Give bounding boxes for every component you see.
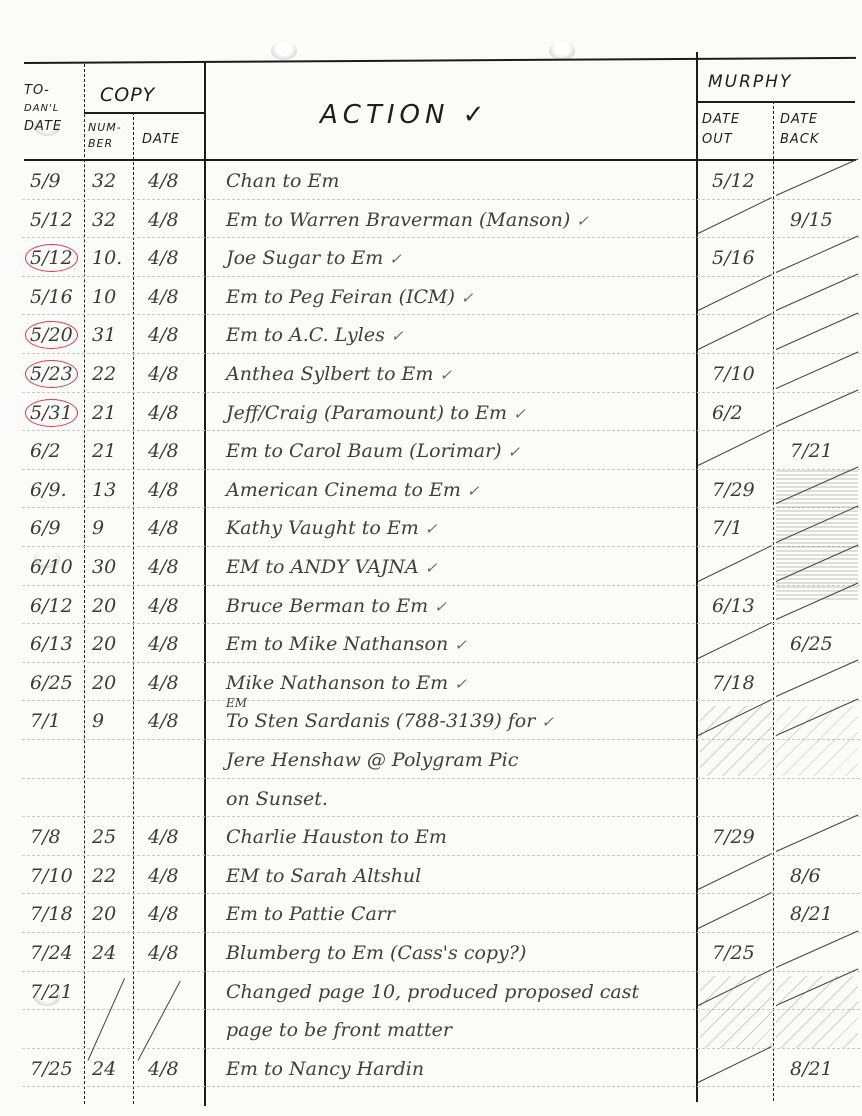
hatched-area bbox=[700, 706, 772, 776]
date-back: 6/25 bbox=[790, 633, 833, 655]
action-label: Joe Sugar to Em bbox=[226, 247, 383, 269]
copy-number: 20 bbox=[92, 903, 116, 925]
row-rule bbox=[22, 623, 860, 624]
to-date: 7/1 bbox=[30, 710, 61, 732]
header-top-border bbox=[24, 57, 856, 64]
to-date-value: 7/10 bbox=[30, 865, 73, 887]
action-text: Mike Nathanson to Em✓ bbox=[226, 672, 467, 694]
to-date: 5/23 bbox=[30, 363, 78, 385]
to-date-value: 5/12 bbox=[30, 209, 73, 231]
action-text: page to be front matter bbox=[226, 1019, 452, 1041]
row-rule bbox=[22, 276, 860, 277]
copy-number: 31 bbox=[92, 324, 116, 346]
action-label: Changed page 10, produced proposed cast bbox=[226, 981, 639, 1003]
copy-date: 4/8 bbox=[148, 517, 179, 539]
to-date: 5/16 bbox=[30, 286, 73, 308]
action-label: on Sunset. bbox=[226, 788, 328, 810]
to-date: 6/25 bbox=[30, 672, 73, 694]
check-mark-icon: ✓ bbox=[541, 713, 554, 731]
action-label: Blumberg to Em (Cass's copy?) bbox=[226, 942, 526, 964]
date-back: 8/21 bbox=[790, 903, 833, 925]
copy-number: 10. bbox=[92, 247, 122, 269]
copy-date: 4/8 bbox=[148, 903, 179, 925]
check-mark-icon: ✓ bbox=[391, 327, 404, 345]
action-text: EM to ANDY VAJNA✓ bbox=[226, 556, 437, 578]
copy-date: 4/8 bbox=[148, 633, 179, 655]
copy-date: 4/8 bbox=[148, 710, 179, 732]
copy-date: 4/8 bbox=[148, 595, 179, 617]
action-label: Bruce Berman to Em bbox=[226, 595, 428, 617]
to-date: 6/10 bbox=[30, 556, 73, 578]
action-text: Bruce Berman to Em✓ bbox=[226, 595, 447, 617]
action-text: Jeff/Craig (Paramount) to Em✓ bbox=[226, 402, 526, 424]
check-mark-icon: ✓ bbox=[576, 212, 589, 230]
row-rule bbox=[22, 314, 860, 315]
action-label: Em to A.C. Lyles bbox=[226, 324, 385, 346]
date-back: 8/6 bbox=[790, 865, 821, 887]
to-date-value: 7/8 bbox=[30, 826, 61, 848]
row-rule bbox=[22, 237, 860, 238]
to-date-value: 5/12 bbox=[25, 244, 78, 272]
to-date-value: 6/12 bbox=[30, 595, 73, 617]
header-label: DATE bbox=[780, 110, 819, 130]
to-date: 7/8 bbox=[30, 826, 61, 848]
date-out: 7/25 bbox=[712, 942, 755, 964]
copy-number: 24 bbox=[92, 942, 116, 964]
date-out: 5/12 bbox=[712, 170, 755, 192]
action-text: Jere Henshaw @ Polygram Pic bbox=[226, 749, 518, 771]
row-rule bbox=[22, 893, 860, 894]
to-date: 5/12 bbox=[30, 209, 73, 231]
copy-number: 13 bbox=[92, 479, 116, 501]
empty-slash bbox=[776, 660, 859, 698]
action-text: Em to Pattie Carr bbox=[226, 903, 395, 925]
empty-slash bbox=[698, 313, 772, 350]
copy-number: 32 bbox=[92, 209, 116, 231]
empty-slash bbox=[698, 622, 772, 659]
action-label: Em to Mike Nathanson bbox=[226, 633, 448, 655]
copy-date: 4/8 bbox=[148, 402, 179, 424]
to-date: 5/31 bbox=[30, 402, 78, 424]
to-date-value: 7/24 bbox=[30, 942, 73, 964]
empty-slash bbox=[776, 814, 859, 852]
action-text: Kathy Vaught to Em✓ bbox=[226, 517, 437, 539]
row-rule bbox=[22, 430, 860, 431]
date-back: 8/21 bbox=[790, 1058, 833, 1080]
check-mark-icon: ✓ bbox=[389, 250, 402, 268]
action-text: Joe Sugar to Em✓ bbox=[226, 247, 402, 269]
action-superscript: EM bbox=[226, 696, 247, 710]
empty-slash bbox=[776, 930, 859, 968]
smudged-area bbox=[776, 470, 858, 600]
action-label: page to be front matter bbox=[226, 1019, 452, 1041]
copy-number: 21 bbox=[92, 402, 116, 424]
copy-number: 25 bbox=[92, 826, 116, 848]
header-date-out: DATE OUT bbox=[702, 110, 740, 150]
row-rule bbox=[22, 778, 860, 779]
copy-date: 4/8 bbox=[148, 942, 179, 964]
to-date-value: 5/9 bbox=[30, 170, 61, 192]
date-out: 7/18 bbox=[712, 672, 755, 694]
copy-date: 4/8 bbox=[148, 247, 179, 269]
check-mark-icon: ✓ bbox=[439, 366, 452, 384]
action-text: Em to Carol Baum (Lorimar)✓ bbox=[226, 440, 520, 462]
row-rule bbox=[22, 1086, 860, 1087]
action-label: Mike Nathanson to Em bbox=[226, 672, 448, 694]
empty-slash bbox=[698, 429, 772, 466]
header-number: NUM- BER bbox=[88, 120, 122, 152]
check-mark-icon: ✓ bbox=[461, 289, 474, 307]
date-out: 6/2 bbox=[712, 402, 743, 424]
copy-number: 9 bbox=[92, 517, 104, 539]
to-date-value: 7/1 bbox=[30, 710, 61, 732]
copy-date: 4/8 bbox=[148, 865, 179, 887]
to-date-value: 6/25 bbox=[30, 672, 73, 694]
to-date: 6/2 bbox=[30, 440, 61, 462]
check-mark-icon: ✓ bbox=[508, 443, 521, 461]
copy-number: 24 bbox=[92, 1058, 116, 1080]
action-label: Em to Nancy Hardin bbox=[226, 1058, 424, 1080]
action-label: Em to Peg Feiran (ICM) bbox=[226, 286, 455, 308]
to-date: 6/12 bbox=[30, 595, 73, 617]
copy-number: 21 bbox=[92, 440, 116, 462]
to-date: 7/25 bbox=[30, 1058, 73, 1080]
copy-number: 20 bbox=[92, 633, 116, 655]
copy-number: 30 bbox=[92, 556, 116, 578]
to-date-value: 7/21 bbox=[30, 981, 73, 1003]
action-text: Blumberg to Em (Cass's copy?) bbox=[226, 942, 526, 964]
header-label: OUT bbox=[702, 130, 740, 150]
to-date-value: 6/9 bbox=[30, 517, 61, 539]
date-back: 9/15 bbox=[790, 209, 833, 231]
header-label: BACK bbox=[780, 130, 819, 150]
action-text: EMTo Sten Sardanis (788-3139) for✓ bbox=[226, 710, 554, 732]
empty-slash bbox=[776, 390, 859, 428]
action-label: Jere Henshaw @ Polygram Pic bbox=[226, 749, 518, 771]
row-rule bbox=[22, 700, 860, 701]
hatched-area bbox=[776, 976, 858, 1048]
action-text: Anthea Sylbert to Em✓ bbox=[226, 363, 452, 385]
row-rule bbox=[22, 585, 860, 586]
action-label: Anthea Sylbert to Em bbox=[226, 363, 433, 385]
header-to-dan-date: TO- DAN'L DATE bbox=[24, 80, 62, 138]
action-label: Kathy Vaught to Em bbox=[226, 517, 419, 539]
to-date-value: 6/10 bbox=[30, 556, 73, 578]
to-date: 6/9. bbox=[30, 479, 67, 501]
empty-slash bbox=[698, 274, 772, 311]
row-rule bbox=[22, 546, 860, 547]
action-label: Charlie Hauston to Em bbox=[226, 826, 447, 848]
row-rule bbox=[22, 469, 860, 470]
to-date: 6/13 bbox=[30, 633, 73, 655]
copy-date: 4/8 bbox=[148, 363, 179, 385]
to-date-value: 6/2 bbox=[30, 440, 61, 462]
row-rule bbox=[22, 353, 860, 354]
action-label: American Cinema to Em bbox=[226, 479, 461, 501]
date-out: 6/13 bbox=[712, 595, 755, 617]
copy-subheader-line bbox=[84, 112, 204, 114]
copy-date: 4/8 bbox=[148, 672, 179, 694]
header-label: TO- bbox=[24, 80, 62, 102]
copy-number: 22 bbox=[92, 363, 116, 385]
to-date: 6/9 bbox=[30, 517, 61, 539]
copy-date: 4/8 bbox=[148, 324, 179, 346]
to-date: 7/21 bbox=[30, 981, 73, 1003]
copy-number: 9 bbox=[92, 710, 104, 732]
to-date: 7/10 bbox=[30, 865, 73, 887]
row-rule bbox=[22, 392, 860, 393]
murphy-subheader-line bbox=[697, 101, 855, 103]
copy-date: 4/8 bbox=[148, 209, 179, 231]
header-label: DATE bbox=[24, 116, 62, 138]
copy-number: 20 bbox=[92, 595, 116, 617]
action-text: Em to Warren Braverman (Manson)✓ bbox=[226, 209, 589, 231]
copy-number: 22 bbox=[92, 865, 116, 887]
date-back: 7/21 bbox=[790, 440, 833, 462]
empty-slash bbox=[776, 235, 859, 273]
to-date-value: 5/20 bbox=[25, 321, 78, 349]
row-rule bbox=[22, 816, 860, 817]
empty-slash bbox=[698, 545, 772, 582]
header-label: DAN'L bbox=[24, 102, 62, 116]
header-date-back: DATE BACK bbox=[780, 110, 819, 150]
check-mark-icon: ✓ bbox=[454, 636, 467, 654]
copy-number: 10 bbox=[92, 286, 116, 308]
empty-slash bbox=[698, 853, 772, 890]
check-mark-icon: ✓ bbox=[425, 520, 438, 538]
date-out: 7/29 bbox=[712, 479, 755, 501]
check-mark-icon: ✓ bbox=[467, 482, 480, 500]
empty-slash bbox=[776, 158, 859, 196]
to-date: 5/9 bbox=[30, 170, 61, 192]
copy-date: 4/8 bbox=[148, 479, 179, 501]
header-label: NUM- bbox=[88, 120, 122, 136]
copy-date: 4/8 bbox=[148, 286, 179, 308]
date-out: 7/1 bbox=[712, 517, 743, 539]
hatched-area bbox=[700, 976, 772, 1048]
to-date: 7/24 bbox=[30, 942, 73, 964]
action-text: EM to Sarah Altshul bbox=[226, 865, 421, 887]
check-mark-icon: ✓ bbox=[513, 405, 526, 423]
action-label: Chan to Em bbox=[226, 170, 339, 192]
empty-slash bbox=[776, 312, 859, 350]
to-date-value: 5/16 bbox=[30, 286, 73, 308]
to-date-value: 6/9. bbox=[30, 479, 67, 501]
date-out: 7/29 bbox=[712, 826, 755, 848]
copy-date: 4/8 bbox=[148, 440, 179, 462]
action-label: Jeff/Craig (Paramount) to Em bbox=[226, 402, 507, 424]
action-label: EM to ANDY VAJNA bbox=[226, 556, 419, 578]
to-date: 5/20 bbox=[30, 324, 78, 346]
action-label: Em to Carol Baum (Lorimar) bbox=[226, 440, 502, 462]
date-out: 7/10 bbox=[712, 363, 755, 385]
to-date: 5/12 bbox=[30, 247, 78, 269]
log-sheet: TO- DAN'L DATE COPY NUM- BER DATE ACTION… bbox=[0, 0, 862, 1116]
row-rule bbox=[22, 971, 860, 972]
empty-slash bbox=[698, 1046, 772, 1083]
header-copy-date: DATE bbox=[142, 132, 180, 147]
binder-hole bbox=[271, 42, 297, 60]
check-mark-icon: ✓ bbox=[454, 675, 467, 693]
header-label: DATE bbox=[702, 110, 740, 130]
to-date-value: 7/18 bbox=[30, 903, 73, 925]
column-divider bbox=[133, 112, 134, 1104]
action-text: Charlie Hauston to Em bbox=[226, 826, 447, 848]
to-date-value: 5/31 bbox=[25, 399, 78, 427]
empty-slash bbox=[698, 197, 772, 234]
action-label: To Sten Sardanis (788-3139) for bbox=[226, 710, 535, 732]
action-text: Em to Peg Feiran (ICM)✓ bbox=[226, 286, 473, 308]
hatched-area bbox=[776, 706, 858, 776]
row-rule bbox=[22, 932, 860, 933]
action-label: Em to Warren Braverman (Manson) bbox=[226, 209, 570, 231]
action-text: American Cinema to Em✓ bbox=[226, 479, 479, 501]
copy-number: 20 bbox=[92, 672, 116, 694]
action-label: EM to Sarah Altshul bbox=[226, 865, 421, 887]
to-date-value: 7/25 bbox=[30, 1058, 73, 1080]
check-mark-icon: ✓ bbox=[434, 598, 447, 616]
action-label: Em to Pattie Carr bbox=[226, 903, 395, 925]
action-text: Em to Nancy Hardin bbox=[226, 1058, 424, 1080]
action-text: Changed page 10, produced proposed cast bbox=[226, 981, 639, 1003]
header-copy: COPY bbox=[100, 84, 155, 106]
action-text: Chan to Em bbox=[226, 170, 339, 192]
copy-number: 32 bbox=[92, 170, 116, 192]
row-rule bbox=[22, 507, 860, 508]
action-text: Em to A.C. Lyles✓ bbox=[226, 324, 403, 346]
check-mark-icon: ✓ bbox=[425, 559, 438, 577]
row-rule bbox=[22, 855, 860, 856]
header-bottom-border bbox=[24, 159, 856, 161]
action-text: Em to Mike Nathanson✓ bbox=[226, 633, 467, 655]
to-date: 7/18 bbox=[30, 903, 73, 925]
header-murphy: MURPHY bbox=[708, 72, 792, 92]
copy-date: 4/8 bbox=[148, 170, 179, 192]
empty-slash bbox=[776, 351, 859, 389]
row-rule bbox=[22, 662, 860, 663]
column-divider bbox=[773, 101, 774, 1101]
to-date-value: 6/13 bbox=[30, 633, 73, 655]
row-rule bbox=[22, 199, 860, 200]
binder-hole bbox=[549, 42, 575, 60]
empty-slash bbox=[698, 892, 772, 929]
copy-date: 4/8 bbox=[148, 1058, 179, 1080]
header-action: ACTION ✓ bbox=[320, 100, 489, 130]
to-date-value: 5/23 bbox=[25, 360, 78, 388]
empty-slash bbox=[776, 274, 859, 312]
copy-date: 4/8 bbox=[148, 556, 179, 578]
header-label: BER bbox=[88, 136, 122, 152]
date-out: 5/16 bbox=[712, 247, 755, 269]
column-divider bbox=[696, 52, 698, 1102]
copy-date: 4/8 bbox=[148, 826, 179, 848]
action-text: on Sunset. bbox=[226, 788, 328, 810]
